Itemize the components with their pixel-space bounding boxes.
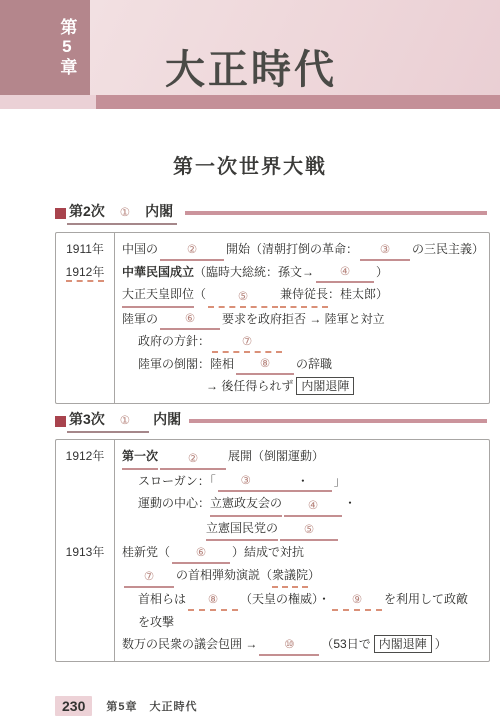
circled-number: ⑨ — [352, 589, 362, 612]
row-content: 運動の中心：立憲政友会の④・ — [114, 492, 489, 517]
circled-number: ⑥ — [196, 542, 206, 565]
text-run: 陸軍の — [122, 308, 158, 331]
text-run: 開始（清朝打倒の革命： — [226, 238, 358, 261]
row-content: 陸軍の⑥要求を政府拒否 → 陸軍と対立 — [114, 308, 489, 331]
row-content: → 後任得られず内閣退陣 — [114, 375, 489, 398]
year-cell — [56, 470, 114, 493]
chapter-title: 大正時代 — [165, 38, 337, 95]
text-run: （臨時大総統：孫文→ — [194, 261, 314, 284]
year-cell: 1911年 — [56, 238, 114, 261]
year-cell — [56, 330, 114, 353]
timeline-row: スローガン：「③・」 — [56, 470, 489, 493]
section-header-1: 第2次①内閣 — [55, 203, 487, 223]
row-content: 中国の②開始（清朝打倒の革命：③の三民主義） — [114, 238, 489, 261]
answer-blank-②: ② — [160, 242, 224, 261]
text-run: 数万の民衆の議会包囲 → — [122, 633, 257, 656]
timeline-row: 運動の中心：立憲政友会の④・ — [56, 492, 489, 517]
boxed-label: 内閣退陣 — [296, 377, 354, 395]
circled-number: ④ — [308, 495, 318, 518]
year-cell — [56, 283, 114, 308]
circled-number: ④ — [340, 261, 350, 284]
timeline-row: 陸軍の倒閣：陸相⑧の辞職 — [56, 353, 489, 376]
year-cell — [56, 308, 114, 331]
year-cell — [56, 353, 114, 376]
row-content: ⑦の首相弾劾演説（衆議院） — [114, 564, 489, 589]
year-label: 1912年 — [66, 264, 105, 282]
timeline-row: 1911年中国の②開始（清朝打倒の革命：③の三民主義） — [56, 238, 489, 261]
text-run: （53日で — [321, 633, 370, 656]
circled-number: ③ — [380, 239, 390, 262]
text-run: 中国の — [122, 238, 158, 261]
year-label: 1911年 — [66, 241, 104, 257]
timeline-row: 1912年第一次②展開（倒閣運動） — [56, 445, 489, 470]
answer-blank-⑥: ⑥ — [172, 545, 230, 564]
timeline-row: 首相らは⑧（天皇の権威）・⑨を利用して政敵 — [56, 588, 489, 611]
row-content: 立憲国民党の⑤ — [114, 517, 489, 542]
section-header-text: 第2次①内閣 — [67, 201, 177, 225]
key-term: 立憲政友会の — [210, 492, 282, 517]
answer-blank-⑤: ⑤ — [208, 289, 278, 308]
text-run: の首相弾劾演説（ — [176, 564, 272, 587]
key-term: 兼侍従長 — [280, 283, 328, 308]
key-term: 大正天皇即位 — [122, 283, 194, 308]
page-footer: 230 第5章 大正時代 — [55, 696, 197, 716]
section-bullet-icon — [55, 416, 66, 427]
text-run: 政府の方針： — [138, 330, 210, 353]
row-content: 陸軍の倒閣：陸相⑧の辞職 — [114, 353, 489, 376]
circled-number: ⑦ — [242, 331, 252, 354]
blank-separator: ・ — [297, 470, 309, 493]
row-content: 桂新党（⑥）結成で対抗 — [114, 541, 489, 564]
year-label: 1913年 — [66, 544, 105, 560]
chapter-title-banner: 大正時代 — [90, 0, 500, 95]
year-cell — [56, 517, 114, 542]
year-cell — [56, 375, 114, 398]
section-header-underlined: 第2次①内閣 — [67, 201, 177, 225]
text-run: スローガン：「 — [138, 470, 216, 493]
text-run: の辞職 — [296, 353, 332, 376]
header-corner-block — [0, 95, 96, 109]
circled-number: ③ — [241, 470, 251, 493]
timeline-row: 陸軍の⑥要求を政府拒否 → 陸軍と対立 — [56, 308, 489, 331]
answer-blank-⑩: ⑩ — [259, 637, 319, 656]
answer-blank-④: ④ — [284, 498, 342, 517]
text-run: 要求を政府拒否 → 陸軍と対立 — [222, 308, 385, 331]
circled-number: ① — [120, 415, 130, 427]
text-run: → 後任得られず — [206, 375, 293, 398]
text-run: を攻撃 — [138, 611, 174, 634]
key-term: 第一次 — [122, 445, 158, 470]
answer-blank-⑦: ⑦ — [124, 569, 174, 588]
table-column-divider — [114, 233, 115, 403]
text-run: 中華民国成立 — [122, 261, 194, 284]
circled-number: ⑧ — [260, 353, 270, 376]
text-run: 展開（倒閣運動） — [228, 445, 324, 468]
footer-chapter-reference: 第5章 大正時代 — [106, 698, 197, 714]
timeline-row: 政府の方針：⑦ — [56, 330, 489, 353]
section-header-prefix: 第3次 — [69, 411, 105, 427]
row-content: 首相らは⑧（天皇の権威）・⑨を利用して政敵 — [114, 588, 489, 611]
text-run: ：桂太郎） — [328, 283, 388, 306]
section-bullet-icon — [55, 208, 66, 219]
answer-blank-⑦: ⑦ — [212, 334, 282, 353]
timeline-row: 1912年中華民国成立（臨時大総統：孫文→④） — [56, 261, 489, 284]
key-term: 立憲国民党の — [206, 517, 278, 542]
circled-number: ② — [187, 239, 197, 262]
answer-blank-⑤: ⑤ — [280, 522, 338, 541]
text-run: 」 — [334, 470, 346, 493]
answer-blank-⑥: ⑥ — [160, 311, 220, 330]
text-run: 首相らは — [138, 588, 186, 611]
text-run: ・ — [344, 492, 356, 515]
text-run: 桂新党（ — [122, 541, 170, 564]
timeline-table-2: 1912年第一次②展開（倒閣運動）スローガン：「③・」運動の中心：立憲政友会の④… — [55, 439, 490, 662]
circled-number: ② — [188, 448, 198, 471]
row-content: を攻撃 — [114, 611, 489, 634]
header-accent-stripe — [96, 95, 500, 109]
circled-number: ⑩ — [284, 634, 294, 657]
text-run: 運動の中心： — [138, 492, 210, 515]
chapter-number-bar: 第5章 — [0, 0, 90, 95]
timeline-table-1: 1911年中国の②開始（清朝打倒の革命：③の三民主義）1912年中華民国成立（臨… — [55, 232, 490, 404]
answer-blank-③: ③・ — [218, 473, 332, 492]
year-cell — [56, 588, 114, 611]
book-page: 第5章 大正時代 第一次世界大戦 第2次①内閣 1911年中国の②開始（清朝打倒… — [0, 0, 500, 728]
answer-blank-③: ③ — [360, 242, 410, 261]
circled-number: ⑧ — [208, 589, 218, 612]
chapter-number-label: 第5章 — [56, 18, 76, 77]
year-cell — [56, 564, 114, 589]
text-run: （ — [194, 283, 206, 306]
text-run: ） — [308, 564, 320, 587]
timeline-row: 立憲国民党の⑤ — [56, 517, 489, 542]
section-header-underlined: 第3次① — [67, 409, 149, 433]
timeline-row: を攻撃 — [56, 611, 489, 634]
answer-blank-②: ② — [160, 451, 226, 470]
circled-number: ① — [120, 207, 130, 219]
text-run: （天皇の権威）・ — [240, 588, 330, 611]
text-run: ）結成で対抗 — [232, 541, 304, 564]
year-cell: 1913年 — [56, 541, 114, 564]
key-term: 衆議院 — [272, 564, 308, 589]
text-run: ） — [435, 633, 447, 656]
answer-blank-⑧: ⑧ — [236, 356, 294, 375]
page-title: 第一次世界大戦 — [0, 150, 500, 179]
row-content: 政府の方針：⑦ — [114, 330, 489, 353]
year-cell — [56, 633, 114, 656]
row-content: 中華民国成立（臨時大総統：孫文→④） — [114, 261, 489, 284]
circled-number: ⑤ — [304, 519, 314, 542]
text-run: の三民主義） — [412, 238, 484, 261]
year-cell: 1912年 — [56, 445, 114, 470]
text-run: 陸軍の倒閣：陸相 — [138, 353, 234, 376]
row-content: スローガン：「③・」 — [114, 470, 489, 493]
chapter-header-row: 第5章 大正時代 — [0, 0, 500, 95]
year-cell — [56, 492, 114, 517]
chapter-header: 第5章 大正時代 — [0, 0, 500, 109]
circled-number: ⑤ — [238, 286, 248, 309]
answer-blank-⑨: ⑨ — [332, 592, 382, 611]
section-header-prefix: 第2次 — [69, 203, 105, 219]
row-content: 第一次②展開（倒閣運動） — [114, 445, 489, 470]
text-run: を利用して政敵 — [384, 588, 468, 611]
text-run: ） — [376, 261, 388, 284]
year-label: 1912年 — [66, 448, 105, 464]
timeline-row: ⑦の首相弾劾演説（衆議院） — [56, 564, 489, 589]
answer-blank-⑧: ⑧ — [188, 592, 238, 611]
circled-number: ⑥ — [185, 308, 195, 331]
row-content: 数万の民衆の議会包囲 →⑩（53日で内閣退陣） — [114, 633, 489, 656]
timeline-row: 大正天皇即位（⑤兼侍従長：桂太郎） — [56, 283, 489, 308]
section-header-suffix: 内閣 — [145, 203, 173, 219]
circled-number: ⑦ — [144, 566, 154, 589]
row-content: 大正天皇即位（⑤兼侍従長：桂太郎） — [114, 283, 489, 308]
section-header-text: 第3次①内閣 — [67, 409, 181, 433]
section-header-2: 第3次①内閣 — [55, 411, 487, 431]
year-cell: 1912年 — [56, 261, 114, 284]
section-divider-line — [185, 211, 487, 215]
section-divider-line — [189, 419, 487, 423]
timeline-row: 1913年桂新党（⑥）結成で対抗 — [56, 541, 489, 564]
answer-blank-④: ④ — [316, 264, 374, 283]
timeline-row: 数万の民衆の議会包囲 →⑩（53日で内閣退陣） — [56, 633, 489, 656]
page-number: 230 — [55, 696, 92, 716]
timeline-row: → 後任得られず内閣退陣 — [56, 375, 489, 398]
section-header-suffix: 内閣 — [153, 411, 181, 427]
boxed-label: 内閣退陣 — [374, 635, 432, 653]
year-cell — [56, 611, 114, 634]
chapter-header-underband — [0, 95, 500, 109]
table-column-divider — [114, 440, 115, 661]
